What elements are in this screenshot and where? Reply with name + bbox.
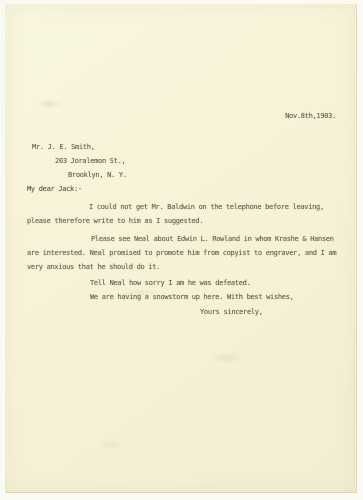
body-paragraph1-line2: please therefore write to him as I sugge… <box>27 217 203 226</box>
body-paragraph2-line1: Please see Neal about Edwin L. Rowland i… <box>91 235 334 244</box>
closing: Yours sincerely, <box>200 308 263 317</box>
body-paragraph1-line1: I could not get Mr. Baldwin on the telep… <box>89 203 324 212</box>
scanned-letter: Nov.8th,1903. Mr. J. E. Smith, 203 Joral… <box>0 0 363 500</box>
recipient-street: 203 Joralemon St., <box>55 157 125 166</box>
letter-date: Nov.8th,1903. <box>285 112 336 121</box>
body-paragraph4: We are having a snowstorm up here. With … <box>90 293 294 302</box>
body-paragraph3: Tell Neal how sorry I am he was defeated… <box>90 279 251 288</box>
recipient-city: Brooklyn, N. Y. <box>68 171 127 180</box>
body-paragraph2-line3: very anxious that he should do it. <box>27 263 160 272</box>
recipient-name: Mr. J. E. Smith, <box>32 143 95 152</box>
body-paragraph2-line2: are interested. Neal promised to promote… <box>27 249 336 258</box>
salutation: My dear Jack:- <box>27 185 82 194</box>
